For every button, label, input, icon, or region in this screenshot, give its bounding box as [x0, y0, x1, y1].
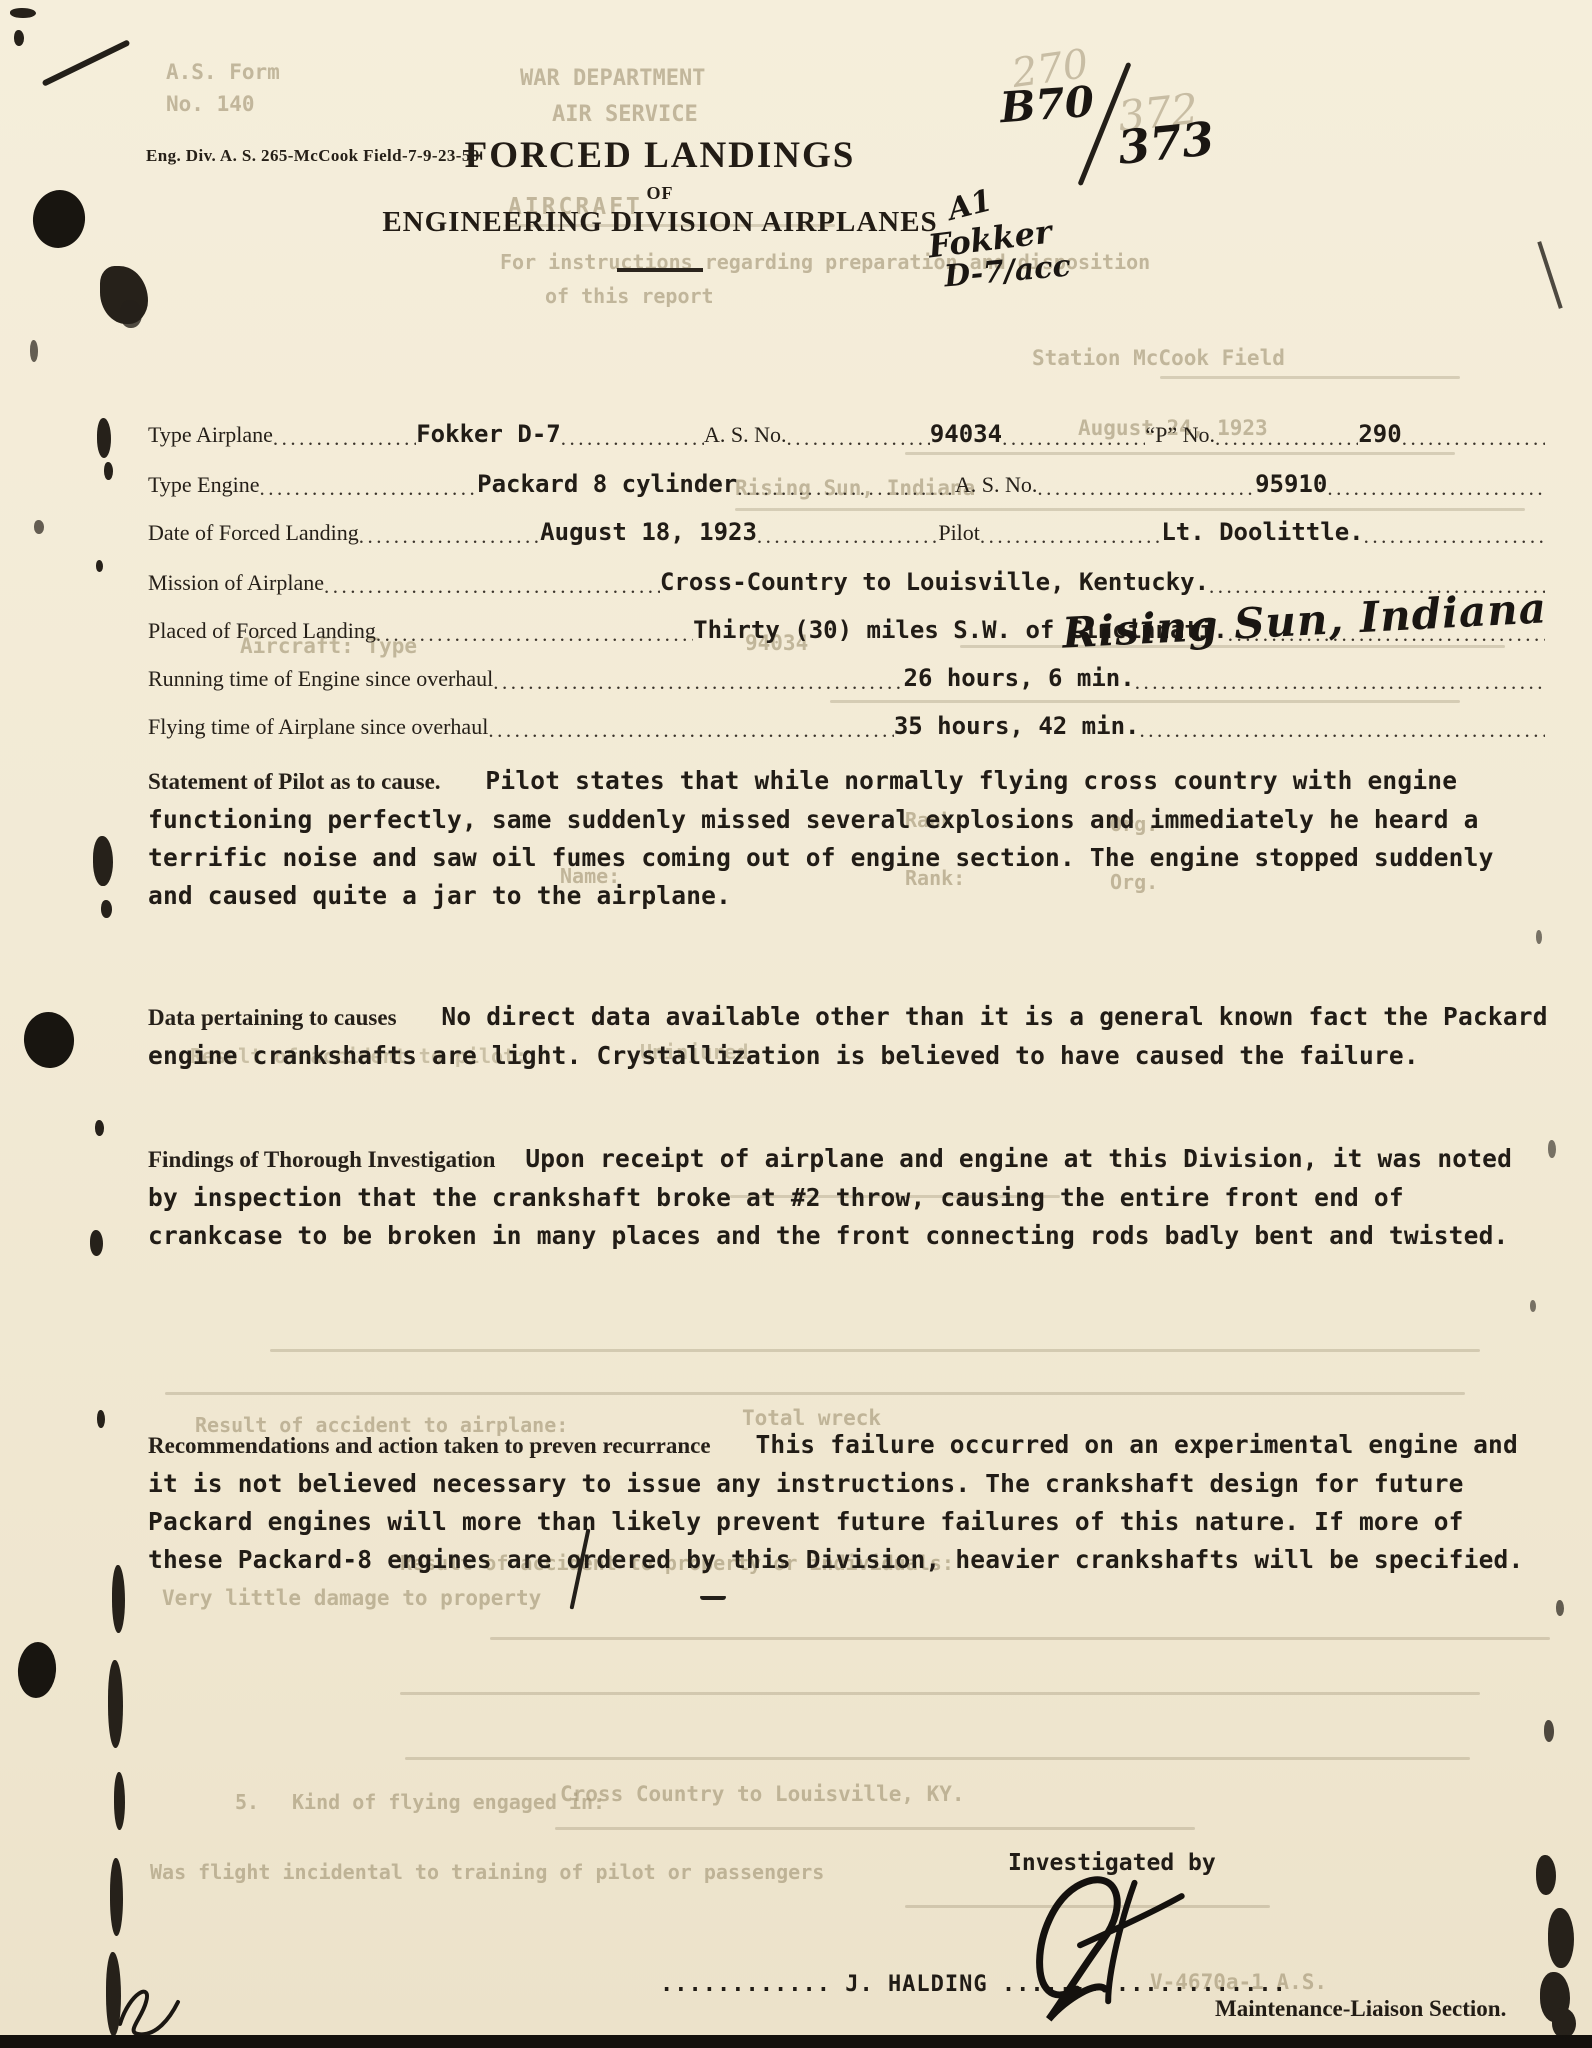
- dot-leader: [1135, 670, 1545, 698]
- scanned-document-page: A.S. Form No. 140 WAR DEPARTMENT AIR SER…: [0, 0, 1592, 2048]
- section-recommendations: Recommendations and action taken to prev…: [148, 1426, 1550, 1579]
- document-title: FORCED LANDINGS: [330, 134, 990, 177]
- scan-edge-bottom: [0, 2035, 1592, 2048]
- field-label: Placed of Forced Landing: [148, 618, 376, 644]
- punch-hole: [16, 1641, 58, 1700]
- dot-leader: [273, 426, 416, 454]
- signature-flourish: [1004, 1855, 1235, 2040]
- form-row-type-engine: Type Engine Packard 8 cylinder A. S. No.…: [148, 470, 1545, 501]
- section-label: Recommendations and action taken to prev…: [148, 1433, 711, 1458]
- form-row-type-airplane: Type Airplane Fokker D-7 A. S. No. 94034…: [148, 420, 1545, 451]
- bleed-rule: [270, 1349, 1480, 1352]
- field-label: Type Airplane: [148, 422, 273, 448]
- signature-name: J. HALDING: [845, 1972, 987, 1997]
- field-value: 95910: [1255, 470, 1327, 498]
- field-value: Fokker D-7: [416, 420, 561, 448]
- dot-leader: [488, 718, 894, 746]
- dot-leader: [1327, 476, 1545, 504]
- bleed-air-service: AIR SERVICE: [552, 102, 698, 127]
- dot-leader: [787, 426, 930, 454]
- pen-slash-top-left: [42, 39, 131, 86]
- bleed-rule: [1160, 376, 1460, 379]
- bleed-rule: [555, 1827, 1195, 1830]
- field-value: 94034: [930, 420, 1002, 448]
- punch-hole: [21, 1010, 77, 1071]
- bleed-rule: [905, 452, 1455, 455]
- section-findings: Findings of Thorough Investigation Upon …: [148, 1140, 1550, 1255]
- pen-squiggle-bottom-left: [112, 1980, 192, 2040]
- dot-leader: [561, 426, 704, 454]
- dot-leader: [1215, 426, 1358, 454]
- field-label: A. S. No.: [955, 472, 1038, 498]
- dot-leader: [1364, 524, 1545, 552]
- dot-leader: [757, 524, 938, 552]
- dot-leader: [737, 476, 955, 504]
- pen-underline-mark: [700, 1596, 726, 1600]
- bleed-flying-kind-value: Cross Country to Louisville, KY.: [560, 1782, 965, 1806]
- bleed-station: Station McCook Field: [1032, 346, 1285, 370]
- form-row-running-time: Running time of Engine since overhaul 26…: [148, 664, 1545, 695]
- section-label: Findings of Thorough Investigation: [148, 1147, 495, 1172]
- field-value: 26 hours, 6 min.: [904, 664, 1135, 692]
- field-label: Date of Forced Landing: [148, 520, 359, 546]
- field-label: Type Engine: [148, 472, 259, 498]
- maintenance-liaison-section-label: Maintenance-Liaison Section.: [1215, 1996, 1506, 2022]
- stray-pen-stroke-right: [1537, 241, 1562, 309]
- field-label: A. S. No.: [704, 422, 787, 448]
- form-row-flying-time: Flying time of Airplane since overhaul 3…: [148, 712, 1545, 743]
- punch-hole: [29, 187, 89, 252]
- field-value: Lt. Doolittle.: [1161, 518, 1363, 546]
- field-label: Running time of Engine since overhaul: [148, 666, 493, 692]
- bleed-form-number-line2: No. 140: [166, 92, 255, 116]
- dot-leader: [376, 622, 693, 650]
- bleed-rule: [735, 508, 1525, 511]
- document-title-of: OF: [330, 183, 990, 204]
- bleed-rule: [490, 1637, 1550, 1640]
- field-value: Cross-Country to Louisville, Kentucky.: [660, 568, 1209, 596]
- title-divider-rule: [617, 268, 703, 272]
- bleed-training-line: Was flight incidental to training of pil…: [150, 1860, 824, 1884]
- section-label: Data pertaining to causes: [148, 1005, 397, 1030]
- dot-leader: [259, 476, 477, 504]
- handwritten-file-number-top: B70: [998, 77, 1095, 132]
- field-label: Flying time of Airplane since overhaul: [148, 714, 488, 740]
- dot-leader: [359, 524, 540, 552]
- bleed-rule: [405, 1757, 1470, 1760]
- section-data-pertaining-to-causes: Data pertaining to causes No direct data…: [148, 998, 1550, 1075]
- field-value: August 18, 1923: [540, 518, 757, 546]
- field-label: Mission of Airplane: [148, 570, 324, 596]
- bleed-property-result: Very little damage to property: [162, 1586, 541, 1610]
- bleed-flying-kind-label: Kind of flying engaged in:: [292, 1790, 605, 1814]
- handwritten-file-number-bottom: 373: [1115, 111, 1216, 175]
- section-statement-of-pilot: Statement of Pilot as to cause. Pilot st…: [148, 762, 1550, 915]
- bleed-rule: [165, 1392, 1465, 1395]
- field-value: Packard 8 cylinder: [477, 470, 737, 498]
- bleed-rule: [830, 700, 1460, 703]
- dot-leader: [1402, 426, 1545, 454]
- bleed-form-number-line1: A.S. Form: [166, 60, 280, 84]
- bleed-rule: [400, 1692, 1480, 1695]
- dot-leader: [324, 574, 660, 602]
- section-label: Statement of Pilot as to cause.: [148, 769, 441, 794]
- field-label: “P” No.: [1145, 422, 1215, 448]
- bleed-instructions-line2: of this report: [545, 284, 714, 308]
- dot-leader: [1037, 476, 1255, 504]
- dot-leader: [493, 670, 903, 698]
- field-value: 290: [1358, 420, 1401, 448]
- dot-leader: [980, 524, 1161, 552]
- dot-leader: [1139, 718, 1545, 746]
- field-value: 35 hours, 42 min.: [894, 712, 1140, 740]
- dot-leader: [1002, 426, 1145, 454]
- field-label: Pilot: [938, 520, 980, 546]
- signature-dots-left: ............: [660, 1972, 831, 1997]
- bleed-war-department: WAR DEPARTMENT: [520, 66, 705, 91]
- bleed-flying-kind-number: 5.: [235, 1790, 259, 1814]
- form-row-date-of-forced-landing: Date of Forced Landing August 18, 1923 P…: [148, 518, 1545, 549]
